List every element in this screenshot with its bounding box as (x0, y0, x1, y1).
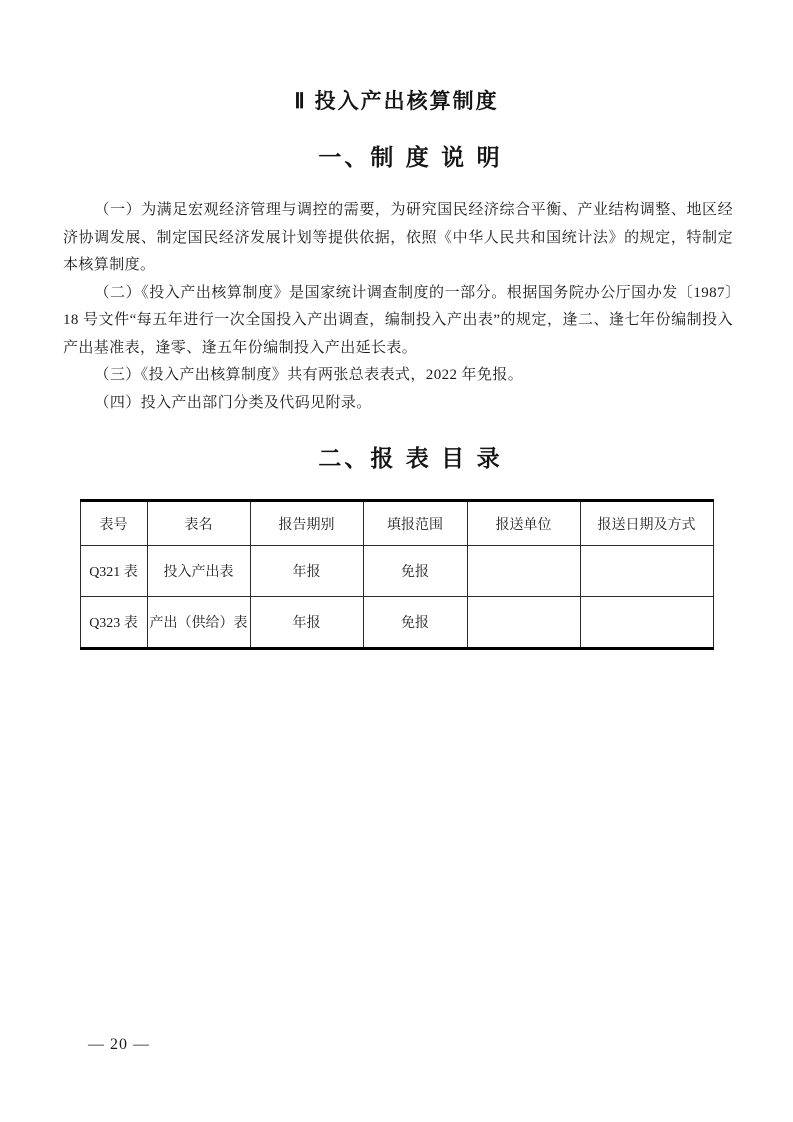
col-header-submitting-unit: 报送单位 (467, 501, 580, 546)
cell-filling-scope: 免报 (363, 597, 467, 649)
cell-report-period: 年报 (250, 597, 363, 649)
col-header-filling-scope: 填报范围 (363, 501, 467, 546)
section-heading-system-description: 一、制 度 说 明 (0, 144, 793, 171)
col-header-table-name: 表名 (147, 501, 250, 546)
cell-table-name: 投入产出表 (147, 546, 250, 597)
paragraph-2: （二）《投入产出核算制度》是国家统计调查制度的一部分。根据国务院办公厅国办发〔1… (63, 280, 733, 363)
col-header-report-period: 报告期别 (250, 501, 363, 546)
report-catalog-table: 表号 表名 报告期别 填报范围 报送单位 报送日期及方式 Q321 表 投入产出… (80, 499, 714, 650)
cell-submitting-unit (467, 597, 580, 649)
cell-submission-date-method (580, 546, 713, 597)
cell-report-period: 年报 (250, 546, 363, 597)
section-heading-report-catalog: 二、报 表 目 录 (0, 445, 793, 472)
table-row-q323: Q323 表 产出（供给）表 年报 免报 (80, 597, 713, 649)
paragraph-4: （四）投入产出部门分类及代码见附录。 (63, 390, 733, 418)
paragraph-1: （一）为满足宏观经济管理与调控的需要，为研究国民经济综合平衡、产业结构调整、地区… (63, 197, 733, 280)
paragraph-3: （三）《投入产出核算制度》共有两张总表表式，2022 年免报。 (63, 362, 733, 390)
cell-table-name: 产出（供给）表 (147, 597, 250, 649)
page-number: — 20 — (88, 1036, 150, 1054)
table-header-row: 表号 表名 报告期别 填报范围 报送单位 报送日期及方式 (80, 501, 713, 546)
cell-submitting-unit (467, 546, 580, 597)
cell-table-number: Q321 表 (80, 546, 147, 597)
system-description-body: （一）为满足宏观经济管理与调控的需要，为研究国民经济综合平衡、产业结构调整、地区… (63, 197, 733, 417)
table-row-q321: Q321 表 投入产出表 年报 免报 (80, 546, 713, 597)
document-title: Ⅱ 投入产出核算制度 (0, 90, 793, 114)
col-header-table-number: 表号 (80, 501, 147, 546)
cell-filling-scope: 免报 (363, 546, 467, 597)
cell-table-number: Q323 表 (80, 597, 147, 649)
document-page: Ⅱ 投入产出核算制度 一、制 度 说 明 （一）为满足宏观经济管理与调控的需要，… (0, 0, 793, 1122)
cell-submission-date-method (580, 597, 713, 649)
col-header-submission-date-method: 报送日期及方式 (580, 501, 713, 546)
